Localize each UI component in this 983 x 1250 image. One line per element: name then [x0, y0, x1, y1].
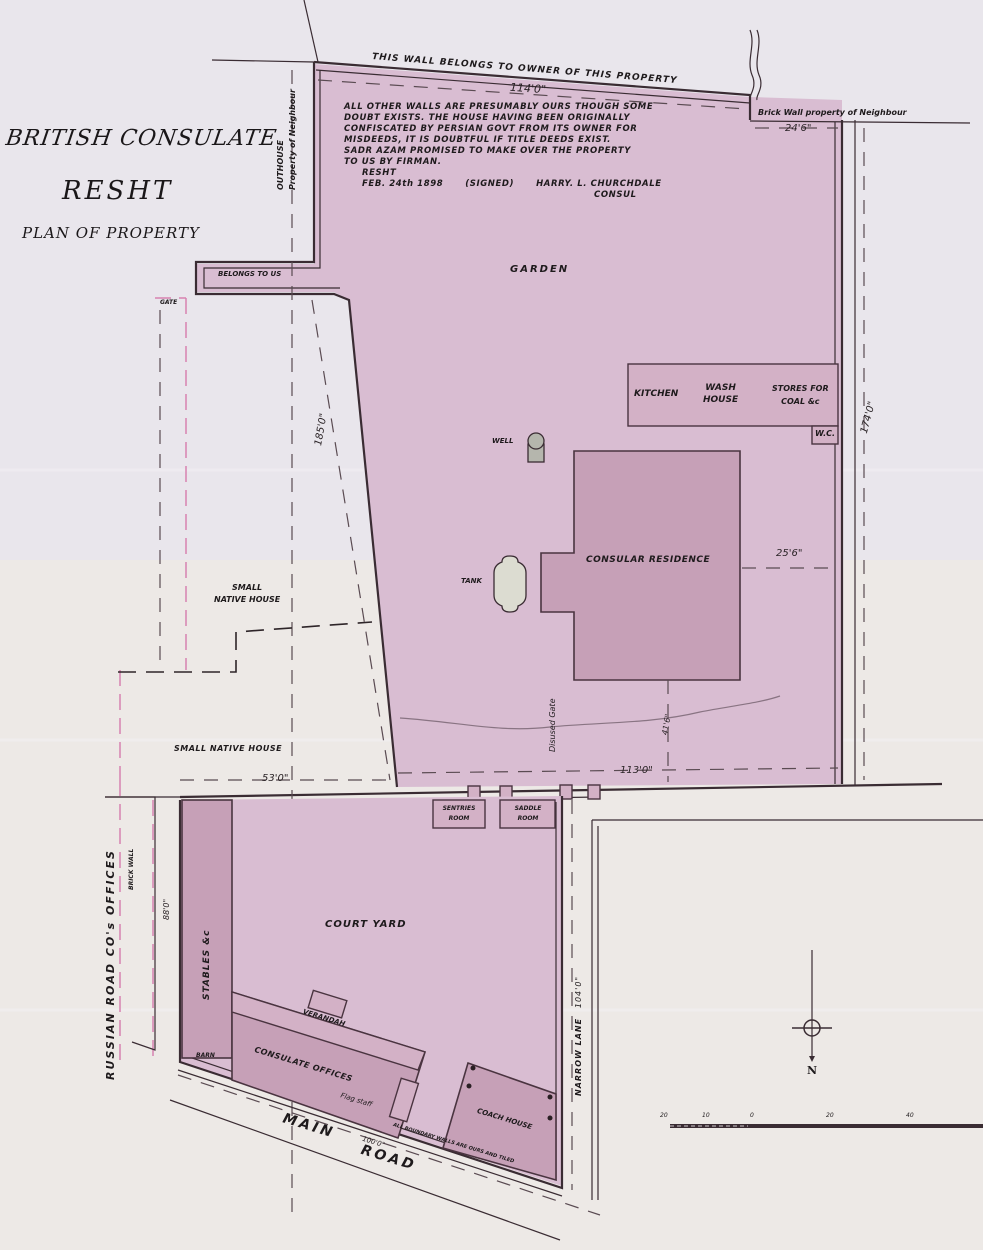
outhouse-note: OUTHOUSE Property of Neighbour [275, 89, 299, 190]
memo-line: SADR AZAM PROMISED TO MAKE OVER THE PROP… [344, 146, 662, 157]
stores-line-2: COAL &c [772, 395, 829, 408]
memo-line: CONFISCATED BY PERSIAN GOVT FROM ITS OWN… [344, 124, 662, 135]
sentries-line-1: SENTRIES [436, 804, 482, 814]
dim-left-native: 53'0" [262, 773, 288, 784]
stores-label: STORES FOR COAL &c [772, 382, 829, 408]
gate-label: GATE [160, 299, 177, 306]
memo-line: DOUBT EXISTS. THE HOUSE HAVING BEEN ORIG… [344, 113, 662, 124]
dim-top: 114'0" [510, 81, 547, 96]
outhouse-owner: Property of Neighbour [287, 89, 299, 190]
belongs-to-us-label: BELONGS TO US [218, 270, 281, 278]
memo-place: RESHT [344, 168, 662, 179]
snh1-line-2: NATIVE HOUSE [214, 594, 280, 606]
outhouse-label: OUTHOUSE [275, 89, 287, 190]
brick-wall-label: BRICK WALL [128, 849, 135, 890]
small-native-house-2: SMALL NATIVE HOUSE [174, 744, 282, 753]
snh1-line-1: SMALL [214, 582, 280, 594]
house-label: HOUSE [703, 394, 738, 406]
neighbour-wall-note: Brick Wall property of Neighbour [758, 108, 907, 117]
tank-icon [494, 556, 526, 612]
dim-right-top: 24'6" [785, 123, 811, 134]
scale-tick: 10 [702, 1112, 710, 1119]
small-native-house-1: SMALL NATIVE HOUSE [214, 582, 280, 606]
narrow-lane-label: NARROW LANE 104'0" [574, 976, 583, 1096]
scale-ticks: 20 10 0 20 40 [660, 1112, 960, 1124]
title-line-3: PLAN OF PROPERTY [22, 224, 200, 242]
kitchen-label: KITCHEN [634, 389, 678, 399]
dim-residence-right: 25'6" [776, 548, 802, 559]
scale-tick: 40 [906, 1112, 914, 1119]
barn-label: BARN [196, 1052, 215, 1059]
saddle-room-label: SADDLE ROOM [503, 804, 553, 824]
wash-house-label: WASH HOUSE [703, 382, 738, 406]
sentries-line-2: ROOM [436, 814, 482, 824]
title-line-2: RESHT [62, 176, 173, 206]
dim-stables-side: 88'0" [162, 899, 171, 920]
memo-line: TO US BY FIRMAN. [344, 157, 662, 168]
saddle-line-1: SADDLE [503, 804, 553, 814]
memo-signature-row: FEB. 24th 1898 (SIGNED) HARRY. L. CHURCH… [344, 179, 662, 190]
disused-gate-label: Disused Gate [548, 699, 557, 753]
scale-tick: 20 [826, 1112, 834, 1119]
scale-tick: 20 [660, 1112, 668, 1119]
memo-line: ALL OTHER WALLS ARE PRESUMABLY OURS THOU… [344, 102, 662, 113]
memo: ALL OTHER WALLS ARE PRESUMABLY OURS THOU… [344, 102, 662, 201]
scale-bar [670, 1124, 983, 1128]
memo-signatory: HARRY. L. CHURCHDALE [536, 179, 662, 190]
stores-line-1: STORES FOR [772, 382, 829, 395]
wc-label: W.C. [815, 429, 835, 438]
garden-label: GARDEN [510, 264, 569, 275]
russian-road-label: RUSSIAN ROAD CO's OFFICES [104, 849, 117, 1080]
dim-bottom-garden: 113'0" [620, 765, 653, 776]
sentries-room-label: SENTRIES ROOM [436, 804, 482, 824]
tank-label: TANK [461, 577, 482, 585]
well-label: WELL [492, 437, 513, 445]
compass-label: N [807, 1064, 817, 1077]
saddle-line-2: ROOM [503, 814, 553, 824]
dim-lane: 104'0" [574, 976, 583, 1008]
scale-tick: 0 [750, 1112, 754, 1119]
memo-line: MISDEEDS, IT IS DOUBTFUL IF TITLE DEEDS … [344, 135, 662, 146]
wash-label: WASH [703, 382, 738, 394]
title-line-1: BRITISH CONSULATE [4, 126, 278, 151]
memo-signatory-title: CONSUL [344, 190, 662, 201]
narrow-lane-text: NARROW LANE [574, 1018, 583, 1096]
residence-label: CONSULAR RESIDENCE [586, 555, 710, 565]
memo-signed: (SIGNED) [465, 179, 514, 190]
court-yard-label: COURT YARD [325, 919, 407, 930]
memo-date: FEB. 24th 1898 [344, 179, 443, 190]
stables-label: STABLES &c [202, 930, 212, 1000]
